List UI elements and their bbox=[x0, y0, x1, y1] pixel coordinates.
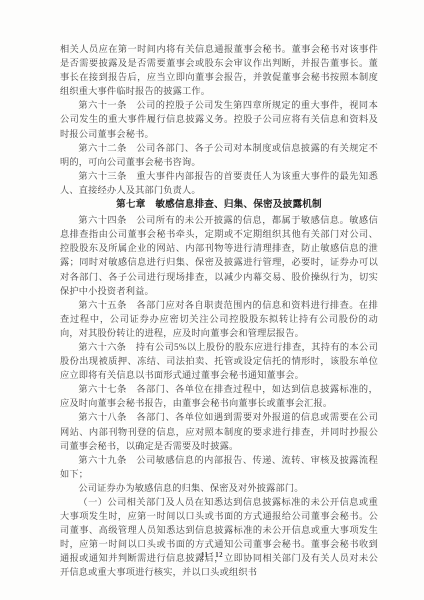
article-65-paragraph: 第六十五条 各部门应对各自职责范围内的信息和资料进行排查。在排查过程中，公司证券… bbox=[60, 298, 378, 340]
paragraph-continuation: 相关人员应在第一时间内将有关信息通报董事会秘书。董事会秘书对该事件是否需要披露及… bbox=[60, 42, 378, 98]
article-61-paragraph: 第六十一条 公司的控股子公司发生第四章所规定的重大事件，视同本公司发生的重大事件… bbox=[60, 98, 378, 140]
list-item-1-paragraph: （一）公司相关部门及人员在知悉达到信息披露标准的未公开信息或重大事项发生时，应第… bbox=[60, 495, 378, 580]
article-62-paragraph: 第六十二条 公司各部门、各子公司对本制度或信息披露的有关规定不明的，可向公司董事… bbox=[60, 141, 378, 169]
article-68-paragraph: 第六十八条 各部门、各单位如遇到需要对外报道的信息或需要在公司网站、内部刊物刊登… bbox=[60, 410, 378, 452]
securities-office-paragraph: 公司证券办为敏感信息的归集、保密及对外披露部门。 bbox=[60, 481, 378, 495]
chapter-7-heading: 第七章 敏感信息排查、归集、保密及披露机制 bbox=[60, 198, 378, 212]
article-67-paragraph: 第六十七条 各部门、各单位在排查过程中，如达到信息披露标准的，应及时向董事会秘书… bbox=[60, 382, 378, 410]
document-page: 相关人员应在第一时间内将有关信息通报董事会秘书。董事会秘书对该事件是否需要披露及… bbox=[0, 0, 424, 600]
page-number: 11 / 12 bbox=[0, 552, 424, 559]
article-66-paragraph: 第六十六条 持有公司5%以上股份的股东应进行排查，其持有的本公司股份出现被质押、… bbox=[60, 340, 378, 382]
document-body: 相关人员应在第一时间内将有关信息通报董事会秘书。董事会秘书对该事件是否需要披露及… bbox=[60, 42, 378, 580]
article-63-paragraph: 第六十三条 重大事件内部报告的首要责任人为该重大事件的最先知悉人、直接经办人及其… bbox=[60, 169, 378, 197]
article-64-paragraph: 第六十四条 公司所有的未公开披露的信息，都属于敏感信息。敏感信息排查指由公司董事… bbox=[60, 213, 378, 298]
article-69-paragraph: 第六十九条 公司敏感信息的内部报告、传递、流转、审核及披露流程如下； bbox=[60, 453, 378, 481]
